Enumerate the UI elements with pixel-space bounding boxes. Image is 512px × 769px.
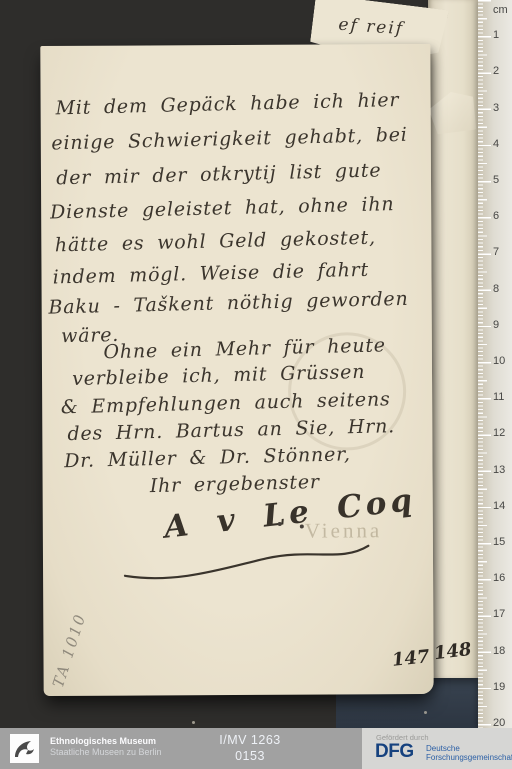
ink-dot [300, 524, 304, 528]
ruler-label: 6 [493, 210, 511, 222]
ruler-label: 9 [493, 319, 511, 331]
letter-body: Mit dem Gepäck habe ich hier einige Schw… [34, 40, 440, 699]
letter-line: indem mögl. Weise die fahrt [52, 259, 369, 289]
museum-name: Ethnologisches Museum [50, 736, 162, 747]
museum-subtitle: Staatliche Museen zu Berlin [50, 747, 162, 758]
ruler-label: 15 [493, 536, 511, 548]
letter-line: des Hrn. Bartus an Sie, Hrn. [67, 415, 395, 445]
ink-dot [278, 522, 282, 526]
letter-line: Mit dem Gepäck habe ich hier [55, 89, 399, 119]
document-id: I/MV 1263 0153 [188, 732, 312, 764]
ruler-label: 5 [493, 174, 511, 186]
letter-line: Ihr ergebenster [150, 471, 320, 497]
letter-line: einige Schwierigkeit gehabt, bei [51, 124, 408, 155]
cm-ruler: cm1234567891011121314151617181920 [478, 0, 512, 728]
letter-line: & Empfehlungen auch seitens [61, 388, 391, 418]
letter-line: verbleibe ich, mit Grüssen [72, 361, 366, 390]
letter-line: der mir der otkrytij list gute [56, 159, 382, 189]
ruler-label: 16 [493, 572, 511, 584]
dust-speck [424, 711, 427, 714]
fragment-handwriting: ef reif [338, 15, 405, 40]
smb-eagle-logo [10, 734, 39, 763]
letter-line: Dienste geleistet hat, ohne ihn [50, 193, 395, 223]
ruler-label: 11 [493, 391, 511, 403]
archive-footer: Ethnologisches Museum Staatliche Museen … [0, 728, 512, 769]
document-id-shelfmark: I/MV 1263 [188, 732, 312, 748]
dfg-full-name: Deutsche Forschungsgemeinschaft [426, 744, 512, 762]
footer-funding-section: Gefördert durch DFG Deutsche Forschungsg… [362, 728, 512, 769]
letter-page: Vienna Mit dem Gepäck habe ich hier eini… [40, 44, 433, 696]
letter-line: Ohne ein Mehr für heute [103, 334, 386, 363]
ruler-label: 8 [493, 283, 511, 295]
dust-speck [192, 721, 195, 724]
letter-line: hätte es wohl Geld gekostet, [55, 227, 376, 257]
ruler-label: 18 [493, 645, 511, 657]
ruler-label: 4 [493, 138, 511, 150]
ruler-cm-ticks [478, 0, 491, 728]
letter-line: Baku - Taškent nöthig geworden [48, 288, 409, 319]
ruler-label: 7 [493, 246, 511, 258]
eagle-icon [13, 739, 36, 759]
document-id-image-number: 0153 [188, 748, 312, 764]
ruler-label: 19 [493, 681, 511, 693]
ruler-label: 2 [493, 65, 511, 77]
ruler-label: 3 [493, 102, 511, 114]
dfg-logo: DFG [375, 741, 414, 763]
ruler-label: 14 [493, 500, 511, 512]
signature-flourish [116, 540, 377, 586]
ruler-label: cm [493, 4, 511, 16]
scan-scene: ef reif Vienna Mit dem Gepäck habe ich h… [0, 0, 512, 769]
ruler-label: 12 [493, 427, 511, 439]
ruler-label: 17 [493, 608, 511, 620]
ruler-label: 10 [493, 355, 511, 367]
ruler-label: 13 [493, 464, 511, 476]
ruler-label: 1 [493, 29, 511, 41]
footer-museum-section: Ethnologisches Museum Staatliche Museen … [0, 728, 362, 769]
page-number-147: 147 [391, 646, 431, 671]
letter-line: Dr. Müller & Dr. Stönner, [64, 443, 351, 472]
